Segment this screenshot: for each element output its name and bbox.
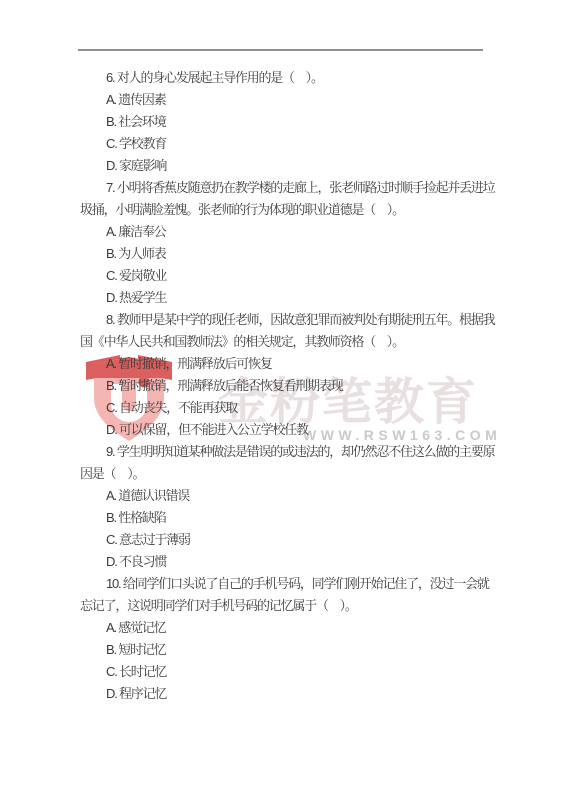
question-8-text-line-2: 国《中华人民共和国教师法》的相关规定，其教师资格（ ）。 bbox=[80, 331, 520, 353]
question-10-option-c: C. 长时记忆 bbox=[80, 661, 520, 683]
question-6: 6. 对人的身心发展起主导作用的是（ ）。 A. 遗传因素 B. 社会环境 C.… bbox=[80, 67, 520, 177]
question-7-option-b: B. 为人师表 bbox=[80, 243, 520, 265]
question-8-option-a: A. 暂时撤销，刑满释放后可恢复 bbox=[80, 353, 520, 375]
question-9: 9. 学生明明知道某种做法是错误的或违法的，却仍然忍不住这么做的主要原 因是（ … bbox=[80, 441, 520, 573]
question-6-option-d: D. 家庭影响 bbox=[80, 155, 520, 177]
question-list: 6. 对人的身心发展起主导作用的是（ ）。 A. 遗传因素 B. 社会环境 C.… bbox=[80, 67, 520, 705]
question-7-option-d: D. 热爱学生 bbox=[80, 287, 520, 309]
question-9-option-d: D. 不良习惯 bbox=[80, 551, 520, 573]
question-6-option-b: B. 社会环境 bbox=[80, 111, 520, 133]
question-6-option-a: A. 遗传因素 bbox=[80, 89, 520, 111]
question-9-text-line-1: 9. 学生明明知道某种做法是错误的或违法的，却仍然忍不住这么做的主要原 bbox=[80, 441, 520, 463]
question-10-option-b: B. 短时记忆 bbox=[80, 639, 520, 661]
question-10-option-a: A. 感觉记忆 bbox=[80, 617, 520, 639]
question-10-text-line-2: 忘记了，这说明同学们对手机号码的记忆属于（ ）。 bbox=[80, 595, 520, 617]
question-8-option-c: C. 自动丧失，不能再获取 bbox=[80, 397, 520, 419]
question-7-option-c: C. 爱岗敬业 bbox=[80, 265, 520, 287]
question-9-text-line-2: 因是（ ）。 bbox=[80, 463, 520, 485]
question-8-text-line-1: 8. 教师甲是某中学的现任老师，因故意犯罪而被判处有期徒刑五年。根据我 bbox=[80, 309, 520, 331]
question-9-option-c: C. 意志过于薄弱 bbox=[80, 529, 520, 551]
question-7-text-line-1: 7. 小明将香蕉皮随意扔在教学楼的走廊上，张老师路过时顺手捡起并丢进垃 bbox=[80, 177, 520, 199]
question-10-text-line-1: 10. 给同学们口头说了自己的手机号码，同学们刚开始记住了，没过一会就 bbox=[80, 573, 520, 595]
question-8: 8. 教师甲是某中学的现任老师，因故意犯罪而被判处有期徒刑五年。根据我 国《中华… bbox=[80, 309, 520, 441]
question-7-option-a: A. 廉洁奉公 bbox=[80, 221, 520, 243]
question-7: 7. 小明将香蕉皮随意扔在教学楼的走廊上，张老师路过时顺手捡起并丢进垃 圾捅，小… bbox=[80, 177, 520, 309]
question-6-text-line-1: 6. 对人的身心发展起主导作用的是（ ）。 bbox=[80, 67, 520, 89]
document-page: 金粉笔教育 WWW.RSW163.COM 6. 对人的身心发展起主导作用的是（ … bbox=[0, 0, 565, 800]
question-7-text-line-2: 圾捅，小明满脸羞愧。张老师的行为体现的职业道德是（ ）。 bbox=[80, 199, 520, 221]
question-9-option-b: B. 性格缺陷 bbox=[80, 507, 520, 529]
question-9-option-a: A. 道德认识错误 bbox=[80, 485, 520, 507]
question-10: 10. 给同学们口头说了自己的手机号码，同学们刚开始记住了，没过一会就 忘记了，… bbox=[80, 573, 520, 705]
question-8-option-d: D. 可以保留，但不能进入公立学校任教 bbox=[80, 419, 520, 441]
question-6-option-c: C. 学校教育 bbox=[80, 133, 520, 155]
question-10-option-d: D. 程序记忆 bbox=[80, 683, 520, 705]
question-8-option-b: B. 暂时撤销，刑满释放后能否恢复看刑期表现 bbox=[80, 375, 520, 397]
